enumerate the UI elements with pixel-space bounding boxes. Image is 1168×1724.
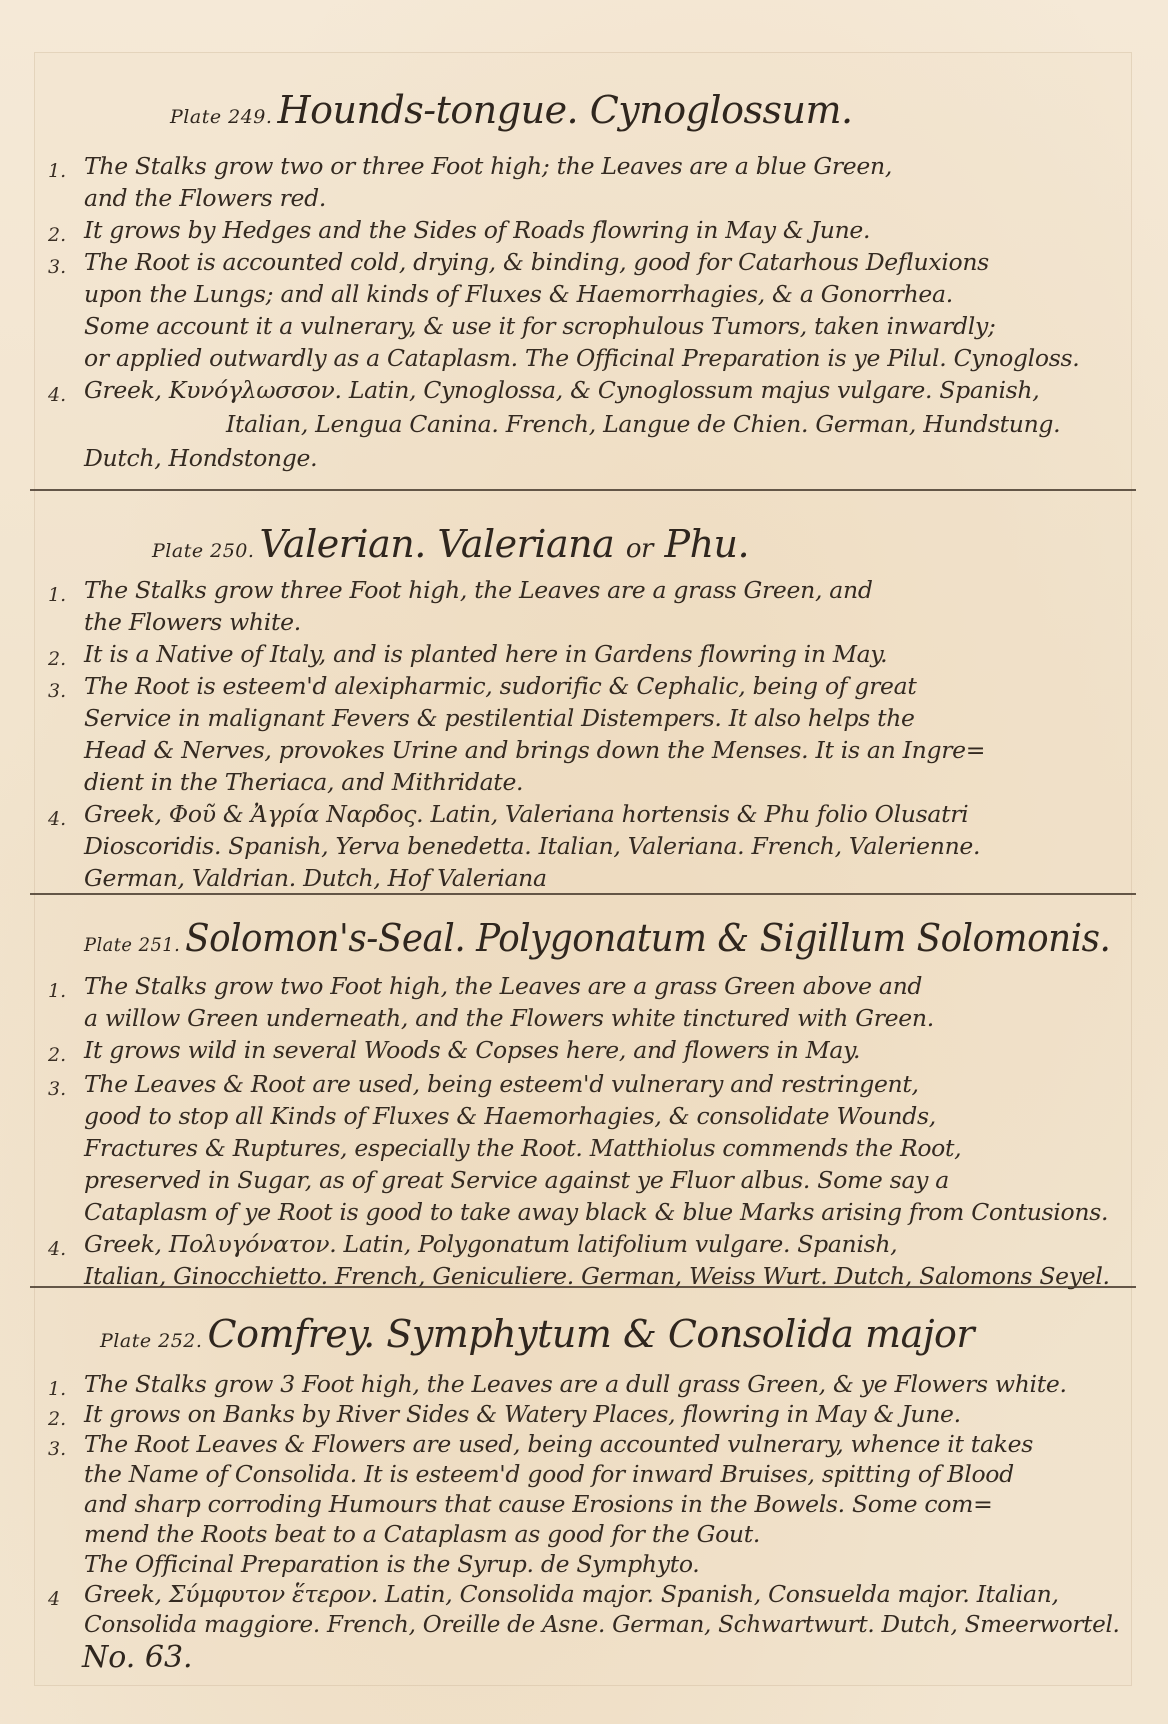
entry-title-250: Plate 250. Valerian. Valeriana or Phu. — [152, 522, 749, 566]
text-line: Fractures & Ruptures, especially the Roo… — [84, 1134, 961, 1162]
plate-label: Plate 250. — [152, 540, 254, 562]
item-number: 3. — [48, 1078, 66, 1100]
item-number: 4. — [48, 384, 66, 406]
text-line: Head & Nerves, provokes Urine and brings… — [84, 736, 985, 764]
plate-label: Plate 252. — [100, 1330, 202, 1352]
text-line: Italian, Lengua Canina. French, Langue d… — [226, 410, 1060, 438]
plate-label: Plate 251. — [84, 934, 180, 956]
text-line: The Stalks grow 3 Foot high, the Leaves … — [84, 1370, 1067, 1398]
text-line: The Root is esteem'd alexipharmic, sudor… — [84, 672, 917, 700]
plate-label: Plate 249. — [170, 106, 272, 128]
item-number: 4 — [48, 1588, 60, 1610]
item-number: 1. — [48, 980, 66, 1002]
item-number: 4. — [48, 1238, 66, 1260]
text-line: The Root is accounted cold, drying, & bi… — [84, 248, 989, 276]
text-line: The Stalks grow two Foot high, the Leave… — [84, 972, 922, 1000]
text-line: Some account it a vulnerary, & use it fo… — [84, 312, 996, 340]
item-number: 4. — [48, 808, 66, 830]
text-line: mend the Roots beat to a Cataplasm as go… — [84, 1520, 760, 1548]
plant-name-or: or — [626, 534, 653, 564]
entry-title-249: Plate 249. Hounds-tongue. Cynoglossum. — [170, 88, 853, 132]
plant-name: Hounds-tongue. Cynoglossum. — [278, 88, 853, 132]
text-line: or applied outwardly as a Cataplasm. The… — [84, 344, 1079, 372]
text-line: Dioscoridis. Spanish, Yerva benedetta. I… — [84, 832, 980, 860]
text-line: Service in malignant Fevers & pestilenti… — [84, 704, 915, 732]
entry-title-252: Plate 252. Comfrey. Symphytum & Consolid… — [100, 1312, 974, 1356]
text-line: a willow Green underneath, and the Flowe… — [84, 1004, 934, 1032]
text-line: Greek, Σύμφυτον ἕτερον. Latin, Consolida… — [84, 1580, 1059, 1608]
plant-name: Solomon's-Seal. Polygonatum & Sigillum S… — [185, 916, 1110, 960]
item-number: 2. — [48, 1408, 66, 1430]
item-number: 3. — [48, 680, 66, 702]
text-line: It is a Native of Italy, and is planted … — [84, 640, 887, 668]
text-line: It grows by Hedges and the Sides of Road… — [84, 216, 870, 244]
plant-name: Comfrey. Symphytum & Consolida major — [208, 1312, 975, 1356]
text-line: and sharp corroding Humours that cause E… — [84, 1490, 993, 1518]
text-line: It grows wild in several Woods & Copses … — [84, 1036, 860, 1064]
text-line: The Stalks grow three Foot high, the Lea… — [84, 576, 873, 604]
text-line: Dutch, Hondstonge. — [84, 444, 317, 472]
text-line: the Flowers white. — [84, 608, 301, 636]
document-page: Plate 249. Hounds-tongue. Cynoglossum. 1… — [0, 0, 1168, 1724]
text-line: It grows on Banks by River Sides & Water… — [84, 1400, 961, 1428]
section-divider — [30, 1286, 1136, 1288]
text-line: German, Valdrian. Dutch, Hof Valeriana — [84, 864, 547, 892]
text-line: The Officinal Preparation is the Syrup. … — [84, 1550, 699, 1578]
text-line: Greek, Πολυγόνατον. Latin, Polygonatum l… — [84, 1230, 897, 1258]
text-line: and the Flowers red. — [84, 184, 326, 212]
item-number: 2. — [48, 648, 66, 670]
text-line: good to stop all Kinds of Fluxes & Haemo… — [84, 1102, 936, 1130]
text-line: Cataplasm of ye Root is good to take awa… — [84, 1198, 1108, 1226]
text-line: preserved in Sugar, as of great Service … — [84, 1166, 949, 1194]
text-line: The Root Leaves & Flowers are used, bein… — [84, 1430, 1033, 1458]
text-line: The Stalks grow two or three Foot high; … — [84, 152, 892, 180]
plant-name-main: Valerian. Valeriana — [260, 522, 615, 566]
item-number: 1. — [48, 160, 66, 182]
section-divider — [30, 489, 1136, 491]
text-line: Consolida maggiore. French, Oreille de A… — [84, 1610, 1120, 1638]
text-line: Greek, Κυνόγλωσσον. Latin, Cynoglossa, &… — [84, 376, 1039, 404]
item-number: 2. — [48, 1044, 66, 1066]
text-line: the Name of Consolida. It is esteem'd go… — [84, 1460, 1014, 1488]
text-line: The Leaves & Root are used, being esteem… — [84, 1070, 919, 1098]
plant-name-alt: Phu. — [665, 522, 750, 566]
plant-name: Valerian. Valeriana or Phu. — [260, 522, 750, 566]
entry-title-251: Plate 251. Solomon's-Seal. Polygonatum &… — [84, 916, 1110, 960]
section-divider — [30, 893, 1136, 895]
item-number: 1. — [48, 584, 66, 606]
text-line: dient in the Theriaca, and Mithridate. — [84, 768, 523, 796]
text-line: Greek, Φοῦ & Ἀγρία Ναρδος. Latin, Valeri… — [84, 800, 968, 828]
item-number: 3. — [48, 1438, 66, 1460]
page-number: No. 63. — [82, 1640, 193, 1675]
item-number: 3. — [48, 256, 66, 278]
item-number: 1. — [48, 1378, 66, 1400]
text-line: upon the Lungs; and all kinds of Fluxes … — [84, 280, 953, 308]
item-number: 2. — [48, 224, 66, 246]
